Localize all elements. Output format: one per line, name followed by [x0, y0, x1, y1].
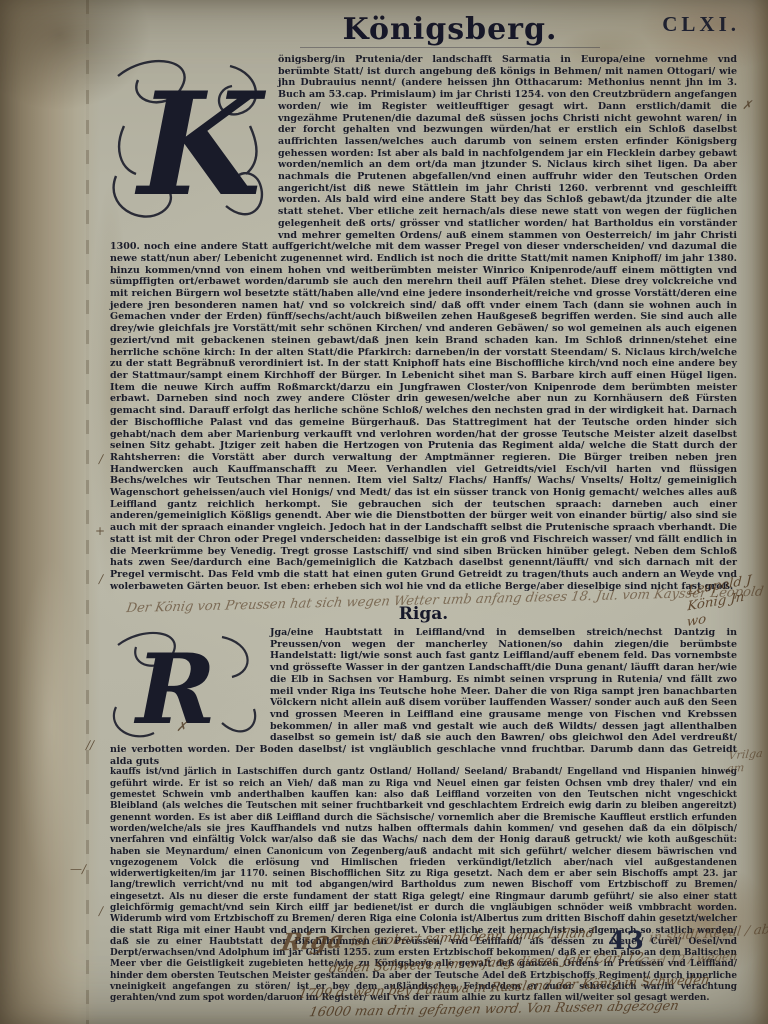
woodcut-initial-R: R — [110, 629, 260, 741]
initial-letter: R — [133, 633, 216, 741]
woodcut-initial-K: K — [110, 56, 268, 228]
page-title: Königsberg. — [300, 12, 600, 48]
page-right-edge — [738, 0, 768, 1024]
paragraph-riga-small: kauffs ist/vnd järlich in Lastschiffen d… — [110, 767, 737, 1004]
binding-crack — [86, 0, 89, 1024]
book-page: Königsberg. CLXI. K önigsberg/in Pruteni… — [0, 0, 768, 1024]
section-heading-riga: Riga. — [110, 604, 737, 624]
initial-letter: K — [134, 62, 267, 228]
folio-number-arabic: 43 — [608, 926, 645, 955]
folio-number-roman: CLXI. — [630, 12, 740, 37]
section-koenigsberg: K önigsberg/in Prutenia/der landschafft … — [110, 54, 737, 592]
page-left-edge — [0, 0, 100, 1024]
